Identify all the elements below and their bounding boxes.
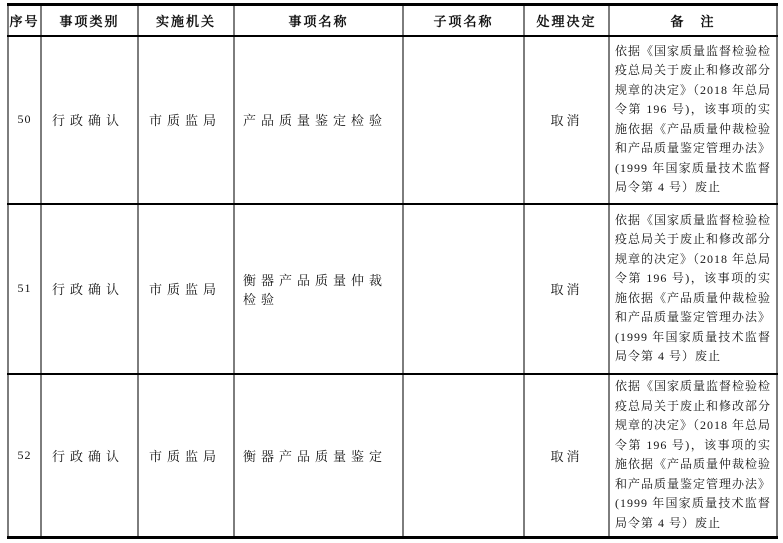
cell-item-name: 衡器产品质量仲裁检验	[234, 204, 403, 374]
cell-item-name: 衡器产品质量鉴定	[234, 374, 403, 538]
cell-agency: 市质监局	[138, 36, 234, 204]
cell-category: 行政确认	[41, 204, 138, 374]
table-row: 51 行政确认 市质监局 衡器产品质量仲裁检验 取消 依据《国家质量监督检验检疫…	[8, 204, 777, 374]
cell-sub-item	[403, 374, 524, 538]
col-header-agency: 实施机关	[138, 5, 234, 36]
cell-decision: 取消	[524, 204, 609, 374]
cell-remark: 依据《国家质量监督检验检疫总局关于废止和修改部分规章的决定》（2018 年总局令…	[609, 204, 777, 374]
document-page: 序号 事项类别 实施机关 事项名称 子项名称 处理决定 备 注 50 行政确认 …	[0, 0, 783, 543]
remark-text: 依据《国家质量监督检验检疫总局关于废止和修改部分规章的决定》（2018 年总局令…	[615, 211, 771, 367]
remark-text: 依据《国家质量监督检验检疫总局关于废止和修改部分规章的决定》（2018 年总局令…	[615, 377, 771, 533]
cell-item-name: 产品质量鉴定检验	[234, 36, 403, 204]
cell-category: 行政确认	[41, 36, 138, 204]
cell-agency: 市质监局	[138, 374, 234, 538]
col-header-sub-item: 子项名称	[403, 5, 524, 36]
col-header-decision: 处理决定	[524, 5, 609, 36]
cell-seq: 50	[8, 36, 41, 204]
table-header: 序号 事项类别 实施机关 事项名称 子项名称 处理决定 备 注	[8, 5, 777, 36]
approval-items-table: 序号 事项类别 实施机关 事项名称 子项名称 处理决定 备 注 50 行政确认 …	[7, 3, 778, 539]
cell-sub-item	[403, 36, 524, 204]
cell-remark: 依据《国家质量监督检验检疫总局关于废止和修改部分规章的决定》（2018 年总局令…	[609, 36, 777, 204]
table-row: 50 行政确认 市质监局 产品质量鉴定检验 取消 依据《国家质量监督检验检疫总局…	[8, 36, 777, 204]
cell-category: 行政确认	[41, 374, 138, 538]
cell-decision: 取消	[524, 374, 609, 538]
table-body: 50 行政确认 市质监局 产品质量鉴定检验 取消 依据《国家质量监督检验检疫总局…	[8, 36, 777, 538]
cell-seq: 52	[8, 374, 41, 538]
col-header-category: 事项类别	[41, 5, 138, 36]
cell-sub-item	[403, 204, 524, 374]
col-header-seq: 序号	[8, 5, 41, 36]
cell-agency: 市质监局	[138, 204, 234, 374]
cell-remark: 依据《国家质量监督检验检疫总局关于废止和修改部分规章的决定》（2018 年总局令…	[609, 374, 777, 538]
remark-text: 依据《国家质量监督检验检疫总局关于废止和修改部分规章的决定》（2018 年总局令…	[615, 42, 771, 198]
header-row: 序号 事项类别 实施机关 事项名称 子项名称 处理决定 备 注	[8, 5, 777, 36]
cell-decision: 取消	[524, 36, 609, 204]
col-header-item-name: 事项名称	[234, 5, 403, 36]
cell-seq: 51	[8, 204, 41, 374]
col-header-remark: 备 注	[609, 5, 777, 36]
table-row: 52 行政确认 市质监局 衡器产品质量鉴定 取消 依据《国家质量监督检验检疫总局…	[8, 374, 777, 538]
